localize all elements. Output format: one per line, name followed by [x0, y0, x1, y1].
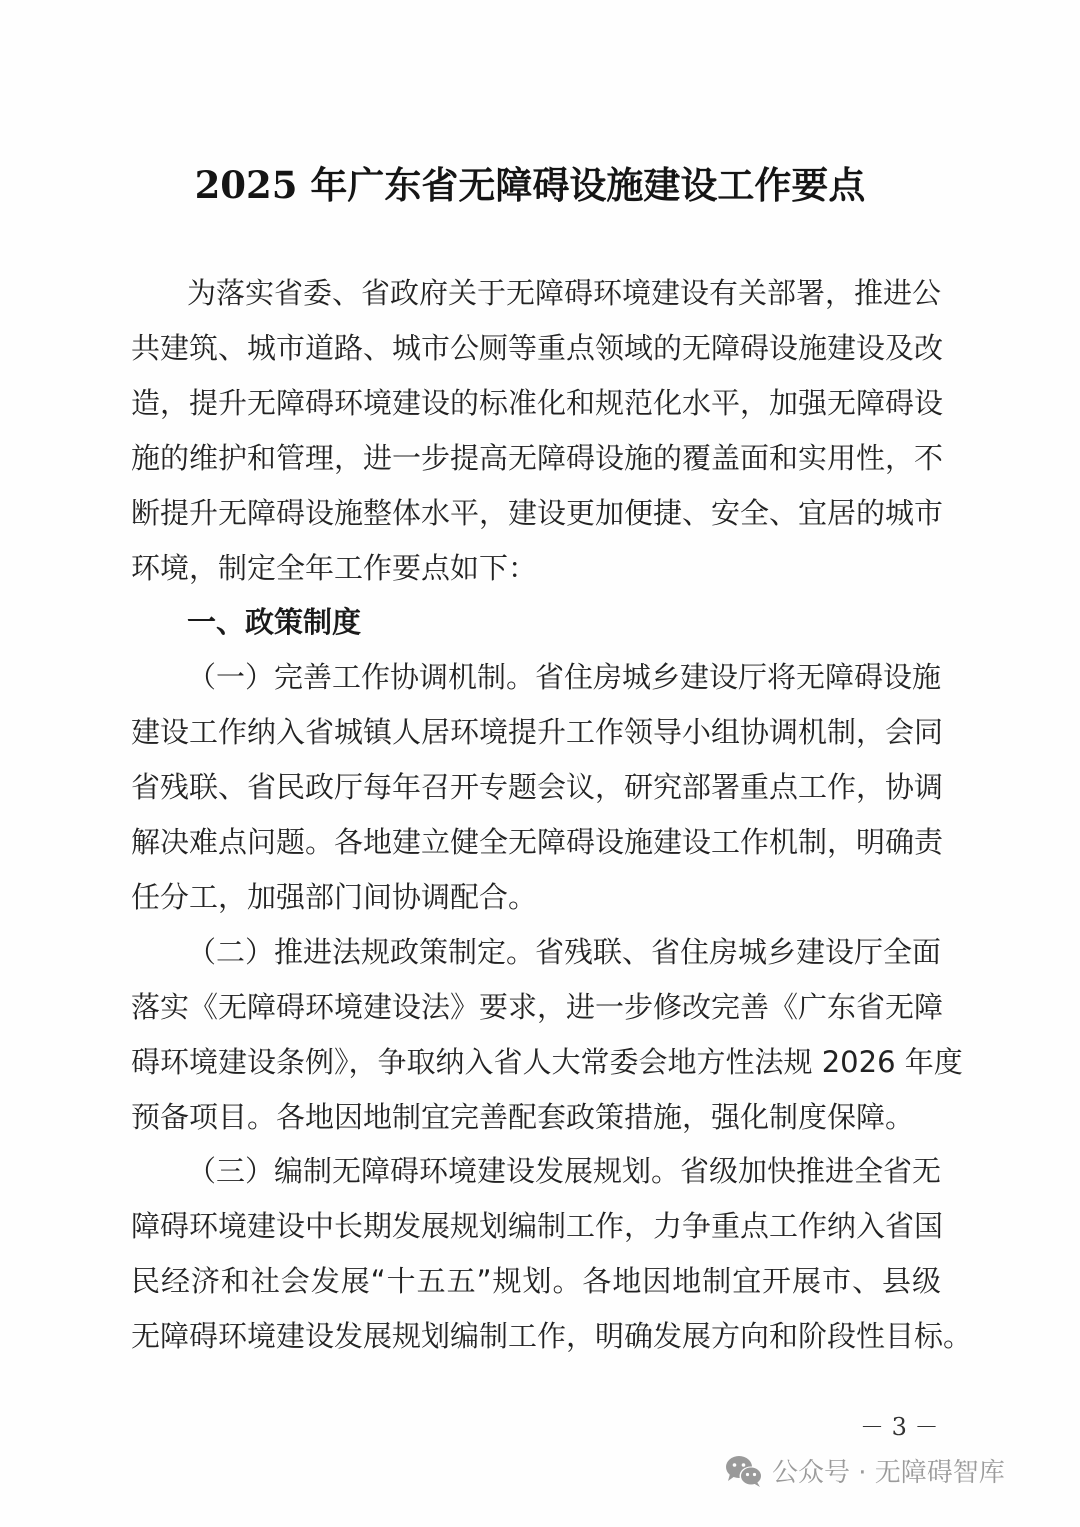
intro-line: 施的维护和管理，进一步提高无障碍设施的覆盖面和实用性，不 [131, 440, 941, 476]
document-page: 2025 年广东省无障碍设施建设工作要点 为落实省委、省政府关于无障碍环境建设有… [0, 0, 1080, 1527]
item-1-line: 省残联、省民政厅每年召开专题会议，研究部署重点工作，协调 [131, 769, 941, 805]
item-1-line: 建设工作纳入省城镇人居环境提升工作领导小组协调机制，会同 [131, 714, 941, 750]
item-2-line: 落实《无障碍环境建设法》要求，进一步修改完善《广东省无障 [131, 989, 941, 1025]
item-2-line: 碍环境建设条例》，争取纳入省人大常委会地方性法规 2026 年度 [131, 1044, 941, 1080]
item-1-line: 解决难点问题。各地建立健全无障碍设施建设工作机制，明确责 [131, 824, 941, 860]
document-title: 2025 年广东省无障碍设施建设工作要点 [0, 155, 1060, 209]
intro-line: 断提升无障碍设施整体水平，建设更加便捷、安全、宜居的城市 [131, 495, 941, 531]
item-3-line: 无障碍环境建设发展规划编制工作，明确发展方向和阶段性目标。 [131, 1318, 941, 1354]
item-2-line: （二）推进法规政策制定。省残联、省住房城乡建设厅全面 [187, 934, 941, 970]
section-heading: 一、政策制度 [187, 604, 361, 640]
item-1-line: 任分工，加强部门间协调配合。 [131, 879, 941, 915]
page-number: － 3 － [860, 1407, 939, 1442]
wechat-icon [724, 1454, 764, 1488]
item-2-line: 预备项目。各地因地制宜完善配套政策措施，强化制度保障。 [131, 1099, 941, 1135]
intro-line: 造，提升无障碍环境建设的标准化和规范化水平，加强无障碍设 [131, 385, 941, 421]
watermark-text: 公众号 · 无障碍智库 [772, 1452, 1005, 1489]
item-1-line: （一）完善工作协调机制。省住房城乡建设厅将无障碍设施 [187, 659, 941, 695]
intro-line: 共建筑、城市道路、城市公厕等重点领域的无障碍设施建设及改 [131, 330, 941, 366]
intro-line: 为落实省委、省政府关于无障碍环境建设有关部署，推进公 [187, 275, 941, 311]
intro-line: 环境，制定全年工作要点如下： [131, 550, 941, 586]
item-3-line: （三）编制无障碍环境建设发展规划。省级加快推进全省无 [187, 1153, 941, 1189]
item-3-line: 民经济和社会发展“十五五”规划。各地因地制宜开展市、县级 [131, 1263, 941, 1299]
watermark: 公众号 · 无障碍智库 [724, 1452, 1005, 1489]
item-3-line: 障碍环境建设中长期发展规划编制工作，力争重点工作纳入省国 [131, 1208, 941, 1244]
